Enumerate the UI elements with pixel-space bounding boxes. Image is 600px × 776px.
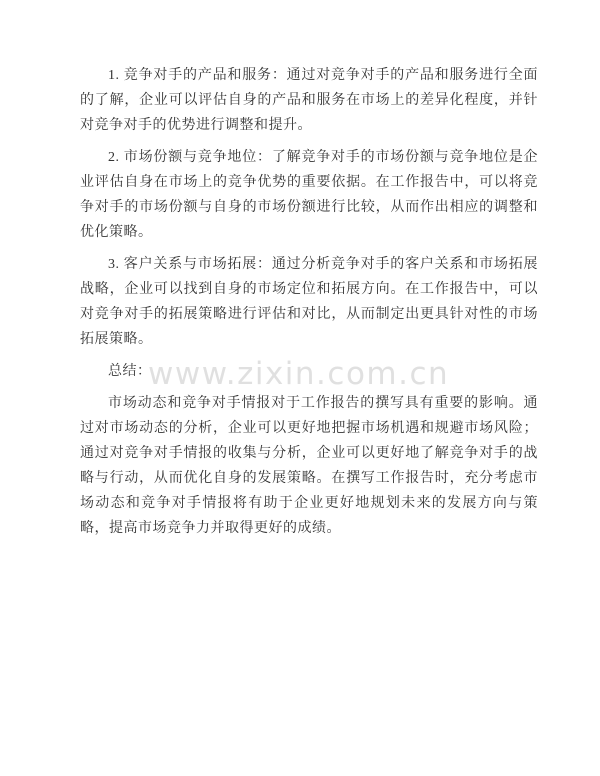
paragraph: 3. 客户关系与市场拓展：通过分析竞争对手的客户关系和市场拓展战略，企业可以找到… [80,252,538,352]
paragraph: 市场动态和竞争对手情报对于工作报告的撰写具有重要的影响。通过对市场动态的分析，企… [80,391,538,541]
summary-heading: 总结： [80,359,538,384]
paragraph: 1. 竞争对手的产品和服务：通过对竞争对手的产品和服务进行全面的了解，企业可以评… [80,63,538,138]
paragraph: 2. 市场份额与竞争地位：了解竞争对手的市场份额与竞争地位是企业评估自身在市场上… [80,145,538,245]
document-page: www.zixin.com.cn 1. 竞争对手的产品和服务：通过对竞争对手的产… [0,0,600,776]
document-body: 1. 竞争对手的产品和服务：通过对竞争对手的产品和服务进行全面的了解，企业可以评… [80,63,538,548]
